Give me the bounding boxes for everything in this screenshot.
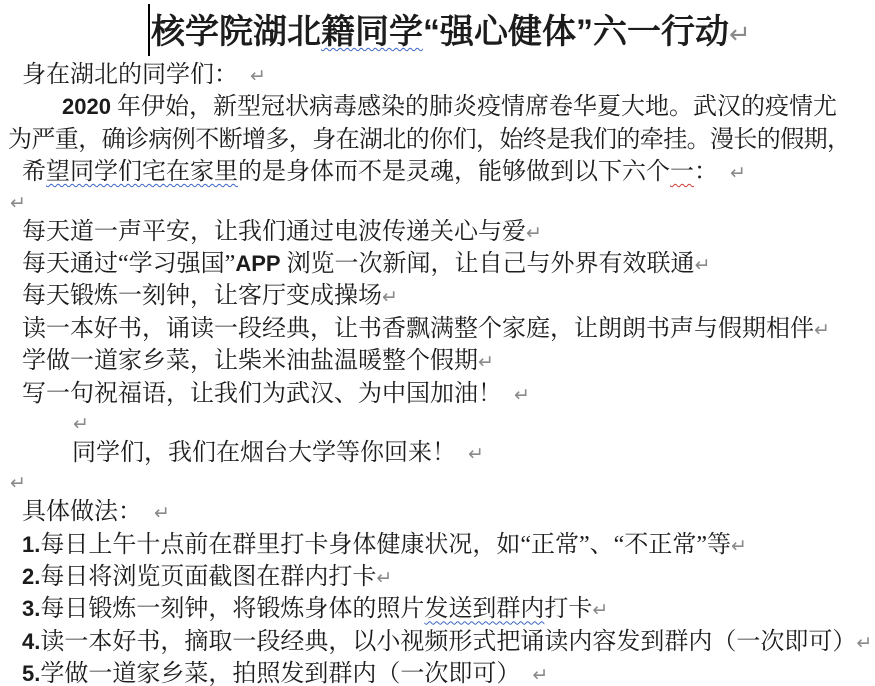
text-run-num: 3. xyxy=(22,596,40,621)
paragraph-mark-icon: ↵ xyxy=(856,632,872,654)
text-run: 身在湖北的同学们： xyxy=(22,62,238,88)
text-run-num: 1. xyxy=(22,532,40,557)
text-line[interactable]: 读一本好书，诵读一段经典，让书香飘满整个家庭，让朗朗书声与假期相伴↵ xyxy=(22,313,875,345)
text-line[interactable]: 为严重，确诊病例不断增多，身在湖北的你们，始终是我们的牵挂。漫长的假期， xyxy=(8,124,875,156)
text-run-wavy-blue: 籍同学 xyxy=(321,13,423,51)
text-run: 打卡 xyxy=(544,596,592,622)
text-run: 浏览一次新闻，让自己与外界有效联通 xyxy=(281,251,695,277)
text-run-wavy-blue: 望同学们宅在家里 xyxy=(46,159,238,185)
text-run: 每天道一声平安，让我们通过电波传递关心与爱 xyxy=(22,219,526,245)
word-document-page: { "colors": { "text": "#1c1c1c", "pilcro… xyxy=(0,0,875,686)
text-run: 每日锻炼一刻钟，将锻炼身体的照片 xyxy=(40,596,424,622)
text-run: 希 xyxy=(22,159,46,185)
text-run: 每天通过“学习强国” xyxy=(22,251,235,277)
text-run: 为严重，确诊病例不断增多，身在湖北的你们，始终是我们的牵挂。漫长的假期， xyxy=(8,127,850,153)
paragraph-mark-icon: ↵ xyxy=(592,599,608,621)
text-line[interactable]: 身在湖北的同学们：↵ xyxy=(22,59,875,91)
text-run: 读一本好书，诵读一段经典，让书香飘满整个家庭，让朗朗书声与假期相伴 xyxy=(22,316,814,342)
text-run: ： xyxy=(694,159,718,185)
paragraph-mark-icon: ↵ xyxy=(814,319,830,341)
text-run: 学做一道家乡菜，拍照发到群内（一次即可） xyxy=(40,661,520,686)
paragraph-mark-icon: ↵ xyxy=(695,254,711,276)
text-line[interactable]: 每天道一声平安，让我们通过电波传递关心与爱↵ xyxy=(22,216,875,248)
text-cursor xyxy=(148,4,150,56)
text-line[interactable]: 具体做法：↵ xyxy=(22,496,875,528)
text-run: 学做一道家乡菜，让柴米油盐温暖整个假期 xyxy=(22,348,478,374)
text-run-num: APP xyxy=(235,251,280,276)
text-run: “强心健体”六一行动 xyxy=(423,13,729,51)
text-run-wavy-blue: 发送到群内 xyxy=(424,596,544,622)
paragraph-mark-icon: ↵ xyxy=(10,472,26,494)
document-body[interactable]: 身在湖北的同学们：↵2020 年伊始，新型冠状病毒感染的肺炎疫情席卷华夏大地。武… xyxy=(22,59,875,686)
paragraph-mark-icon: ↵ xyxy=(376,567,392,589)
text-line[interactable]: 2.每日将浏览页面截图在群内打卡↵ xyxy=(22,561,875,593)
page-title[interactable]: 核学院湖北籍同学“强心健体”六一行动↵ xyxy=(151,8,751,59)
text-line[interactable]: ↵ xyxy=(10,189,875,216)
text-run: 每天锻炼一刻钟，让客厅变成操场 xyxy=(22,283,382,309)
paragraph-mark-icon: ↵ xyxy=(478,351,494,373)
text-run: 每日将浏览页面截图在群内打卡 xyxy=(40,564,376,590)
text-run-num: 5. xyxy=(22,661,40,686)
text-line[interactable]: 3.每日锻炼一刻钟，将锻炼身体的照片发送到群内打卡↵ xyxy=(22,593,875,625)
text-run: 读一本好书，摘取一段经典，以小视频形式把诵读内容发到群内（一次即可） xyxy=(40,629,856,655)
text-run-num: 2. xyxy=(22,564,40,589)
paragraph-mark-icon: ↵ xyxy=(250,65,266,87)
text-run-num: 4. xyxy=(22,629,40,654)
text-line[interactable]: 同学们，我们在烟台大学等你回来！↵ xyxy=(22,437,875,469)
text-run: 的是身体而不是灵魂，能够做到以下六个 xyxy=(238,159,670,185)
text-line[interactable]: 每天通过“学习强国”APP 浏览一次新闻，让自己与外界有效联通↵ xyxy=(22,248,875,280)
text-run: 核学院湖北 xyxy=(151,13,321,51)
text-line[interactable]: 1.每日上午十点前在群里打卡身体健康状况，如“正常”、“不正常”等↵ xyxy=(22,529,875,561)
text-line[interactable]: 2020 年伊始，新型冠状病毒感染的肺炎疫情席卷华夏大地。武汉的疫情尤 xyxy=(22,91,875,123)
text-line[interactable]: 每天锻炼一刻钟，让客厅变成操场↵ xyxy=(22,280,875,312)
paragraph-mark-icon: ↵ xyxy=(73,413,89,435)
paragraph-mark-icon: ↵ xyxy=(10,192,26,214)
paragraph-mark-icon: ↵ xyxy=(731,535,747,557)
text-run: 年伊始，新型冠状病毒感染的肺炎疫情席卷华夏大地。武汉的疫情尤 xyxy=(111,94,837,120)
text-line[interactable]: ↵ xyxy=(10,469,875,496)
text-run-wavy-red: 一 xyxy=(670,159,694,185)
text-run: 每日上午十点前在群里打卡身体健康状况，如“正常”、“不正常”等 xyxy=(40,532,731,558)
text-run: 具体做法： xyxy=(22,499,142,525)
text-run: 写一句祝福语，让我们为武汉、为中国加油！ xyxy=(22,381,502,407)
paragraph-mark-icon: ↵ xyxy=(468,443,484,465)
paragraph-mark-icon: ↵ xyxy=(730,162,746,184)
text-line[interactable]: 4.读一本好书，摘取一段经典，以小视频形式把诵读内容发到群内（一次即可）↵ xyxy=(22,626,875,658)
paragraph-mark-icon: ↵ xyxy=(514,384,530,406)
paragraph-mark-icon: ↵ xyxy=(526,222,542,244)
text-line[interactable]: 希望同学们宅在家里的是身体而不是灵魂，能够做到以下六个一：↵ xyxy=(22,156,875,188)
text-line[interactable]: ↵ xyxy=(22,410,875,437)
text-line[interactable]: 5.学做一道家乡菜，拍照发到群内（一次即可）↵ xyxy=(22,658,875,686)
text-run-num: 2020 xyxy=(62,94,111,119)
paragraph-mark-icon: ↵ xyxy=(532,664,548,686)
text-line[interactable]: 写一句祝福语，让我们为武汉、为中国加油！↵ xyxy=(22,378,875,410)
text-run: 同学们，我们在烟台大学等你回来！ xyxy=(72,440,456,466)
paragraph-mark-icon: ↵ xyxy=(729,20,751,50)
paragraph-mark-icon: ↵ xyxy=(154,502,170,524)
text-line[interactable]: 学做一道家乡菜，让柴米油盐温暖整个假期↵ xyxy=(22,345,875,377)
paragraph-mark-icon: ↵ xyxy=(382,286,398,308)
